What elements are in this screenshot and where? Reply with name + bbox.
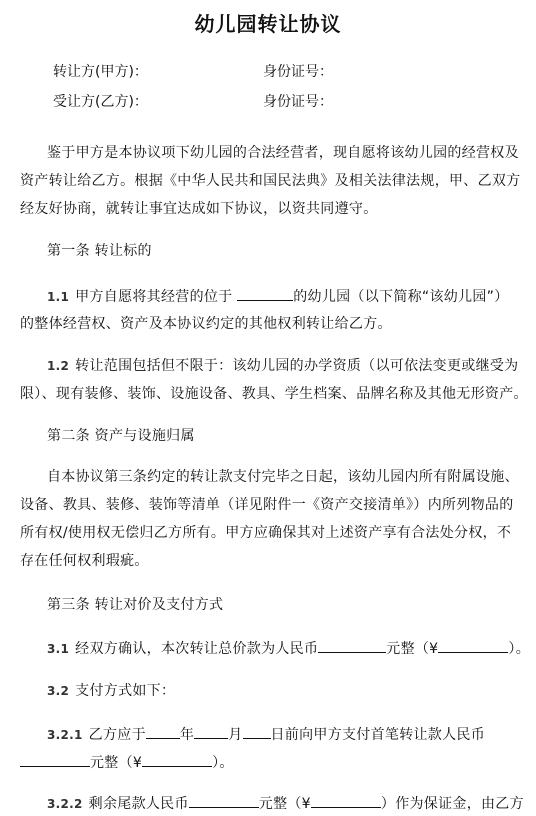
clause-1-1-line1: 1.1甲方自愿将其经营的位于 的幼儿园（以下简称“该幼儿园”） [47, 286, 509, 307]
clause-text: 剩余尾款人民币 [89, 796, 189, 812]
clause-text: ）。 [212, 755, 234, 771]
preamble-line: 资产转让给乙方。根据《中华人民共和国民法典》及相关法律法规，甲、乙双方 [20, 171, 521, 191]
clause-number: 3.2.2 [47, 797, 83, 811]
clause-number: 3.1 [47, 642, 69, 656]
total-amount-words-blank[interactable] [318, 638, 386, 653]
transferee-id-label: 身份证号： [263, 91, 333, 111]
transferor-label: 转让方(甲方)： [53, 61, 148, 81]
clause-3-2-1-line2: 元整（¥）。 [20, 752, 234, 773]
year-blank[interactable] [146, 724, 180, 739]
article-2-line: 所有权/使用权无偿归乙方所有。甲方应确保其对上述资产享有合法处分权，不 [20, 523, 511, 543]
article-2-line: 设备、教具、装修、装饰等清单（详见附件一《资产交接清单》）内所列物品的 [20, 495, 514, 515]
balance-figures-blank[interactable] [311, 793, 381, 808]
clause-text: 年 [180, 727, 194, 743]
clause-3-2: 3.2支付方式如下： [47, 681, 175, 701]
first-payment-words-blank[interactable] [20, 752, 90, 767]
clause-number: 3.2 [47, 684, 69, 698]
clause-3-1: 3.1经双方确认，本次转让总价款为人民币元整（¥）。 [47, 638, 530, 659]
article-3-heading: 第三条 转让对价及支付方式 [47, 595, 223, 615]
clause-text: ）作为保证金，由乙方 [381, 796, 524, 812]
clause-text: 转让范围包括但不限于：该幼儿园的办学资质（以可依法变更或继受为 [75, 358, 518, 374]
clause-text: 甲方自愿将其经营的位于 [75, 289, 237, 305]
balance-words-blank[interactable] [189, 793, 259, 808]
clause-1-2-line2: 限）、现有装修、装饰、设施设备、教具、学生档案、品牌名称及其他无形资产。 [20, 384, 528, 404]
clause-text: 的幼儿园（以下简称“该幼儿园”） [293, 289, 508, 305]
preamble-line: 鉴于甲方是本协议项下幼儿园的合法经营者，现自愿将该幼儿园的经营权及 [47, 143, 519, 163]
clause-number: 3.2.1 [47, 728, 83, 742]
clause-text: 日前向甲方支付首笔转让款人民币 [271, 727, 486, 743]
clause-1-2-line1: 1.2转让范围包括但不限于：该幼儿园的办学资质（以可依法变更或继受为 [47, 356, 518, 376]
clause-3-2-2: 3.2.2剩余尾款人民币元整（¥）作为保证金，由乙方 [47, 793, 524, 814]
clause-text: ）。 [508, 641, 530, 657]
transferee-label: 受让方(乙方)： [53, 91, 148, 111]
month-blank[interactable] [194, 724, 228, 739]
total-amount-figures-blank[interactable] [438, 638, 508, 653]
first-payment-figures-blank[interactable] [142, 752, 212, 767]
article-2-heading: 第二条 资产与设施归属 [47, 426, 195, 446]
article-1-heading: 第一条 转让标的 [47, 241, 152, 261]
location-blank[interactable] [237, 286, 293, 301]
document-title: 幼儿园转让协议 [0, 8, 536, 37]
day-blank[interactable] [243, 724, 271, 739]
preamble-line: 经友好协商，就转让事宜达成如下协议，以资共同遵守。 [20, 199, 378, 219]
clause-text: 经双方确认，本次转让总价款为人民币 [75, 641, 318, 657]
clause-text: 元整（¥ [386, 641, 438, 657]
clause-1-1-line2: 的整体经营权、资产及本协议约定的其他权利转让给乙方。 [20, 314, 392, 334]
article-2-line: 自本协议第三条约定的转让款支付完毕之日起，该幼儿园内所有附属设施、 [47, 467, 519, 487]
clause-text: 乙方应于 [89, 727, 146, 743]
transferor-id-label: 身份证号： [263, 61, 333, 81]
clause-3-2-1-line1: 3.2.1乙方应于年月日前向甲方支付首笔转让款人民币 [47, 724, 485, 745]
article-2-line: 存在任何权利瑕疵。 [20, 551, 149, 571]
clause-text: 支付方式如下： [75, 683, 175, 699]
clause-number: 1.1 [47, 290, 69, 304]
clause-text: 元整（¥ [259, 796, 311, 812]
clause-text: 月 [228, 727, 242, 743]
clause-number: 1.2 [47, 359, 69, 373]
clause-text: 元整（¥ [90, 755, 142, 771]
